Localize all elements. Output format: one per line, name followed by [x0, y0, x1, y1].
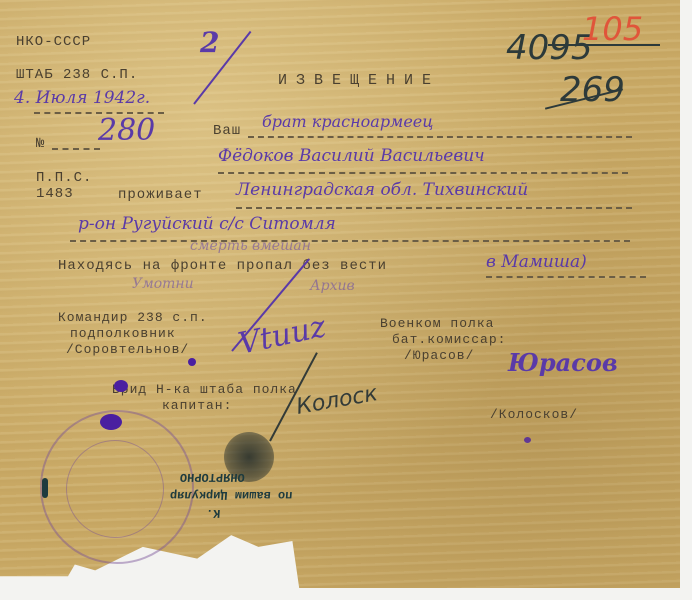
address-line1-underline [236, 207, 632, 209]
stamp-line3: К. [206, 506, 221, 520]
status-underline [486, 276, 646, 278]
relation-handwritten: брат красноармеец [262, 112, 433, 131]
status-typed: Находясь на фронте пропал без вести [58, 258, 387, 274]
date-handwritten: 4. Июля 1942г. [14, 88, 150, 108]
org-header: НКО-СССР [16, 34, 91, 50]
strike-line [548, 44, 660, 46]
unit-header: ШТАБ 238 С.П. [16, 67, 138, 83]
field-post-number: 1483 [36, 186, 74, 202]
annotation-above: смерть вмешан [190, 238, 311, 254]
your-label: Ваш [213, 123, 241, 139]
commander-rank: подполковник [70, 326, 176, 341]
ink-blot [188, 358, 196, 366]
number-handwritten: 280 [98, 113, 155, 148]
pencil-number-top: 4095 [506, 28, 593, 68]
purple-mark: 2 [200, 26, 219, 59]
commander-name: /Соровтельнов/ [66, 342, 189, 357]
chief-staff-title: Врид Н-ка штаба полка [112, 382, 297, 397]
annotation-below-left: Умотни [132, 276, 194, 292]
address-line1-handwritten: Ленинградская обл. Тихвинский [236, 180, 528, 200]
commander-title: Командир 238 с.п. [58, 310, 208, 325]
number-label: № [36, 136, 45, 152]
ink-blot [114, 380, 128, 392]
chief-staff-rank: капитан: [162, 398, 232, 413]
chief-staff-name: /Колосков/ [490, 407, 578, 422]
stamp-line1: ОНЯРТОРНО [180, 470, 246, 484]
name-underline [218, 172, 628, 174]
annotation-below-right: Архив [310, 278, 355, 294]
status-handwritten: в Мамиша) [486, 252, 587, 272]
stamp-mark [42, 478, 48, 498]
field-post-label: П.П.С. [36, 170, 92, 186]
number-underline [52, 148, 100, 150]
document-title: ИЗВЕЩЕНИЕ [278, 72, 440, 89]
lives-label: проживает [118, 187, 203, 203]
name-handwritten: Фёдоков Василий Васильевич [218, 146, 485, 166]
commissar-title: Военком полка [380, 316, 494, 331]
address-line2-underline [70, 240, 630, 242]
red-number: 105 [582, 10, 643, 48]
stamp-line2: по вашим Циркуляр [170, 488, 293, 502]
commissar-signature: Юрасов [508, 348, 618, 377]
commissar-name: /Юрасов/ [404, 348, 474, 363]
official-stamp-inner [66, 440, 164, 538]
ink-blot [100, 414, 122, 430]
ink-blot [524, 437, 531, 443]
relation-underline [248, 136, 632, 138]
address-line2-handwritten: р-он Ругуйский с/с Ситомля [78, 214, 336, 234]
commissar-rank: бат.комиссар: [392, 332, 506, 347]
